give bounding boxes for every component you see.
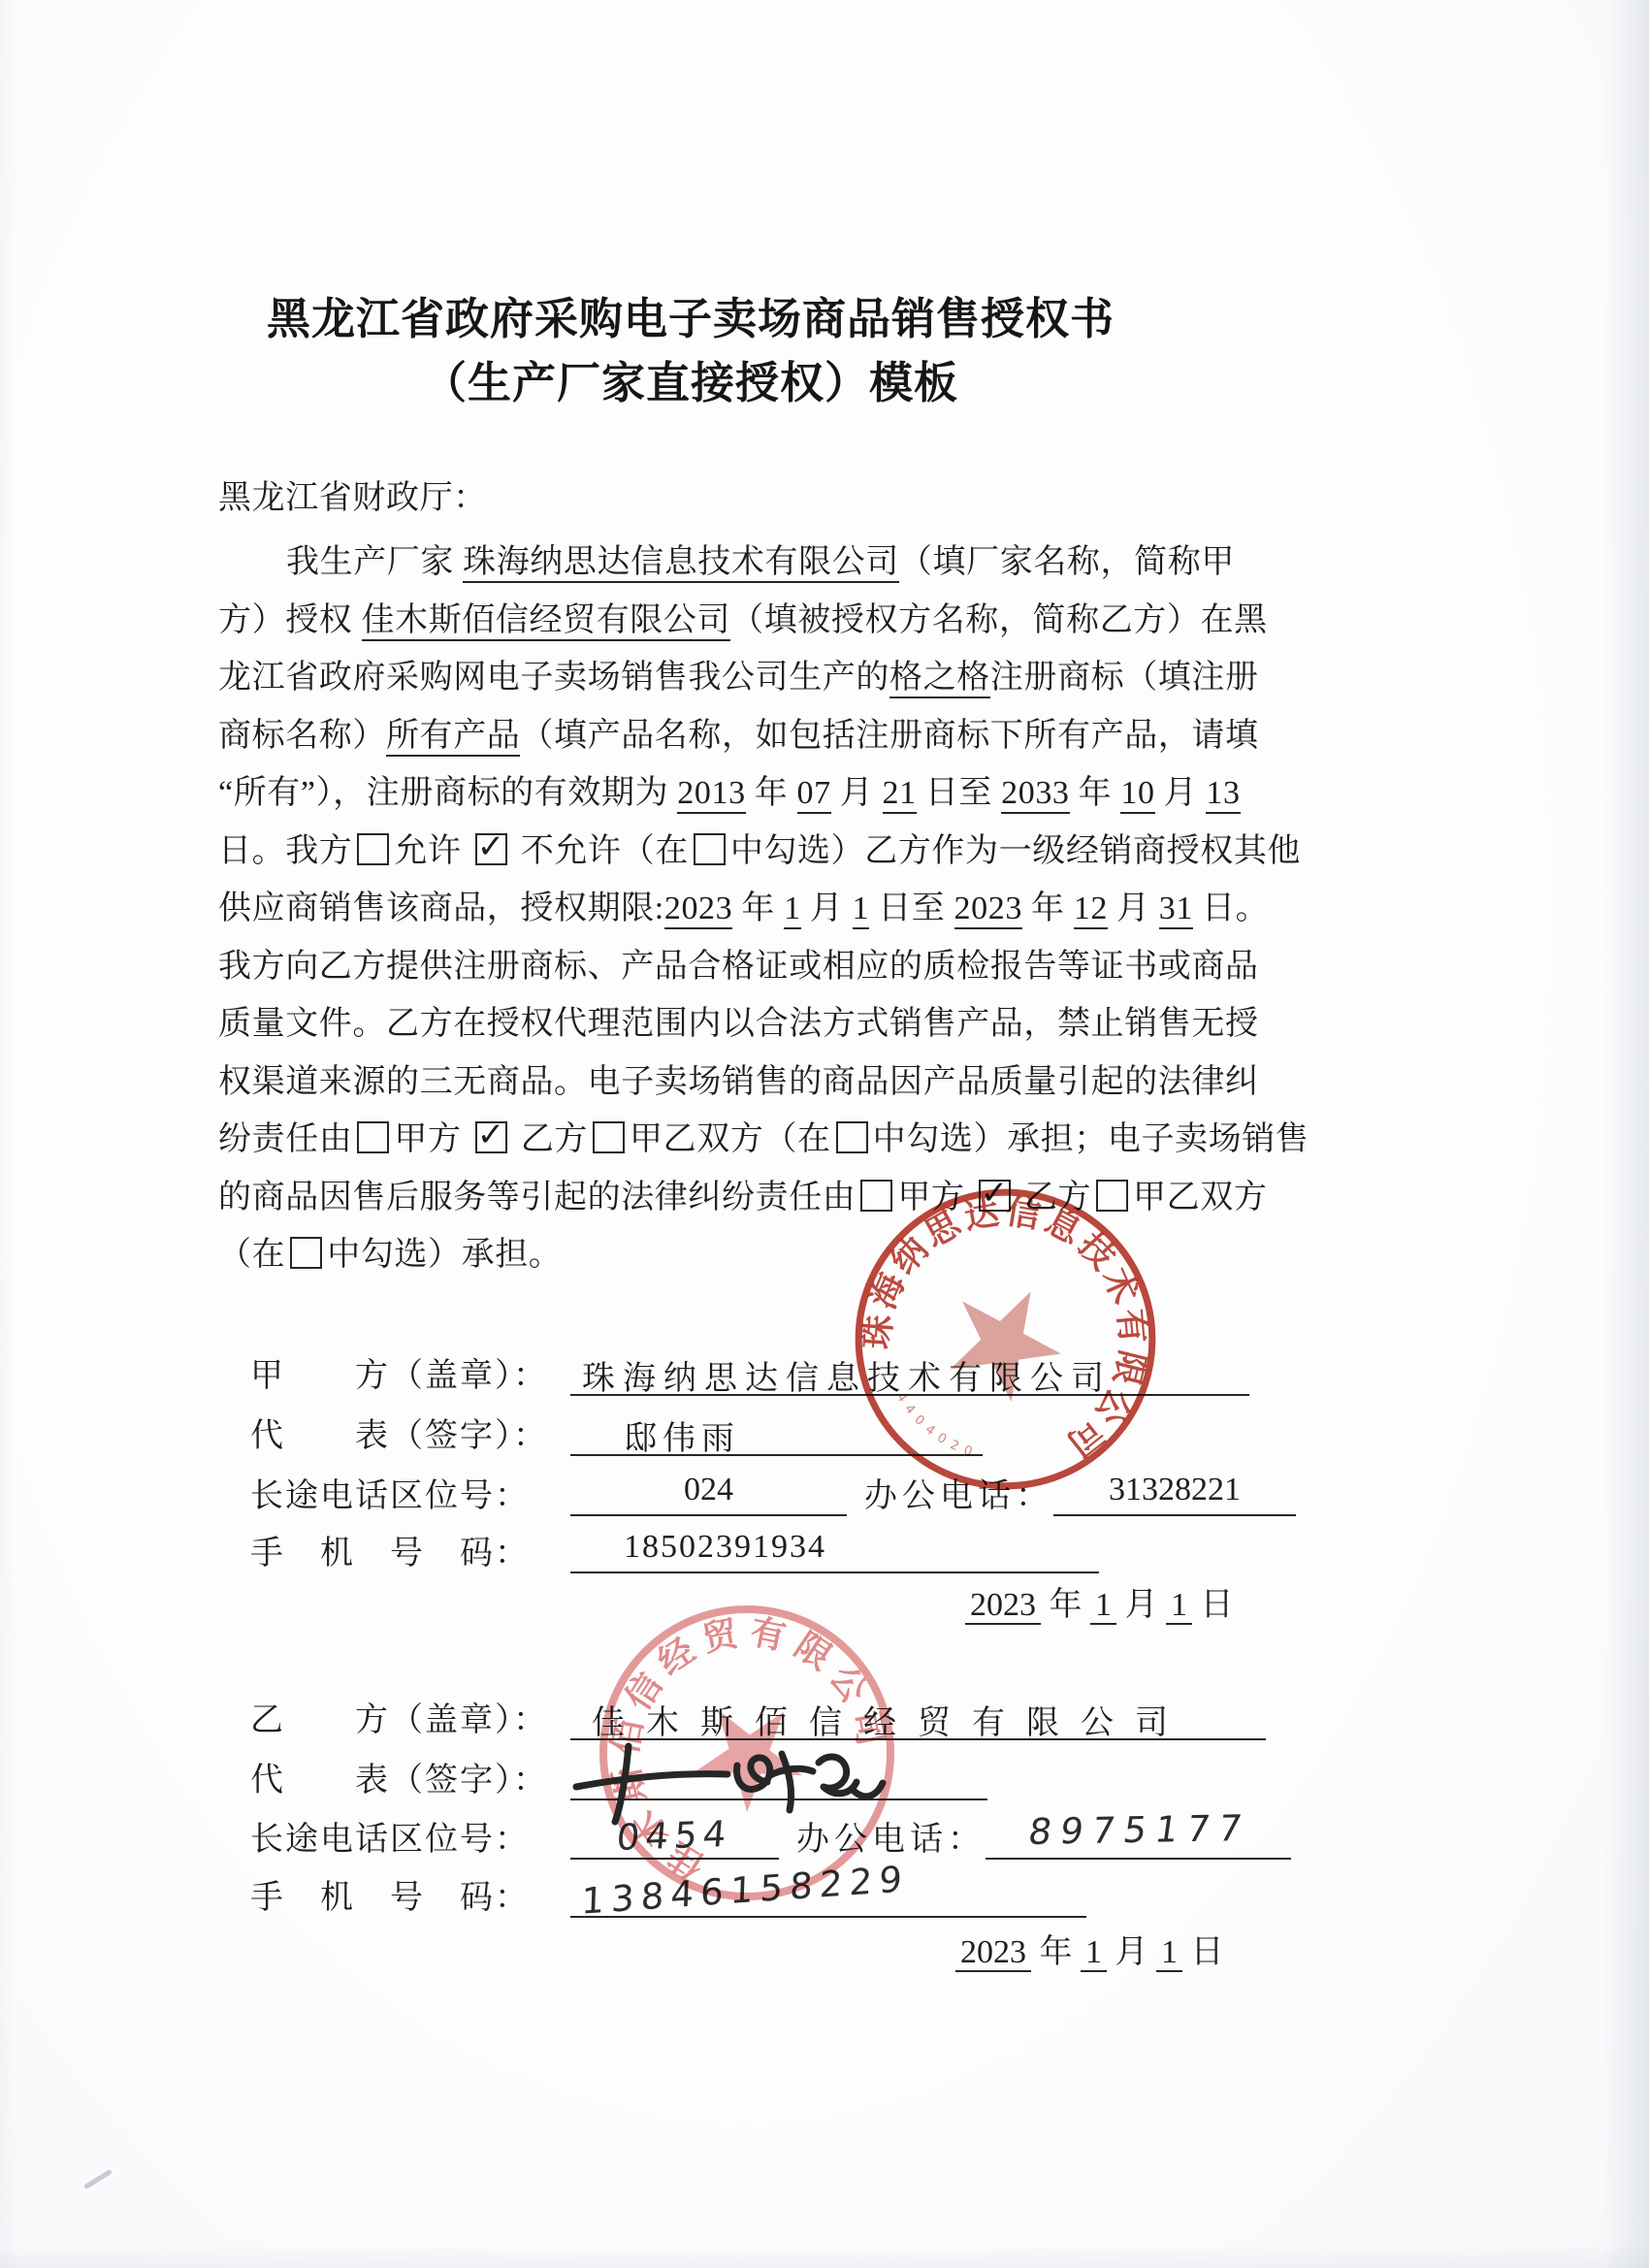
party-a-date-year: 2023: [965, 1587, 1041, 1625]
party-a-date-month: 1: [1090, 1587, 1116, 1625]
paragraph-line: 商标名称）所有产品（填产品名称，如包括注册商标下所有产品，请填: [218, 713, 1295, 760]
paragraph-line: 纷责任由甲方 ✓ 乙方甲乙双方（在中勾选）承担；电子卖场销售: [218, 1117, 1295, 1163]
empty-checkbox: [593, 1121, 625, 1153]
empty-checkbox: [357, 1121, 389, 1153]
representative-signature: [570, 1727, 910, 1838]
underlined-text: 12: [1074, 891, 1108, 929]
paragraph-line: 权渠道来源的三无商品。电子卖场销售的商品因产品质量引起的法律纠: [218, 1059, 1295, 1106]
day-label: 日: [1182, 1934, 1224, 1970]
party-a-company-seal: 珠海纳思达信息技术有限公司 4404020: [842, 1176, 1170, 1504]
party-b-area-code-label: 长途电话区位号：: [250, 1812, 570, 1860]
text-run: 中勾选）承担。: [327, 1237, 562, 1273]
underlined-text: 1: [784, 891, 801, 929]
underlined-text: 13: [1206, 775, 1240, 814]
underlined-text: 佳木斯佰信经贸有限公司: [362, 602, 731, 641]
text-run: 乙方: [512, 1121, 588, 1157]
party-b-office-phone: 8975177: [986, 1815, 1291, 1860]
paragraph-line: “所有”），注册商标的有效期为 2013 年 07 月 21 日至 2033 年…: [218, 770, 1295, 817]
paragraph-line: 质量文件。乙方在授权代理范围内以合法方式销售产品，禁止销售无授: [218, 1001, 1295, 1048]
text-run: 商标名称）: [218, 718, 386, 754]
party-a-mobile-row: 手 机 号 码：18502391934: [250, 1526, 1099, 1573]
text-run: 日至: [917, 775, 1001, 811]
paragraph-line: 我方向乙方提供注册商标、产品合格证或相应的质检报告等证书或商品: [218, 944, 1295, 990]
text-run: 质量文件。乙方在授权代理范围内以合法方式销售产品，禁止销售无授: [218, 1006, 1259, 1042]
underlined-text: 21: [883, 775, 917, 814]
paragraph-line: 方）授权 佳木斯佰信经贸有限公司（填被授权方名称，简称乙方）在黑: [218, 598, 1295, 644]
seal-star: [931, 1265, 1080, 1411]
year-label: 年: [1031, 1934, 1081, 1970]
text-run: 年: [732, 891, 784, 926]
underlined-text: 31: [1159, 891, 1193, 929]
svg-text:4404020: 4404020: [883, 1387, 989, 1466]
checked-checkbox: ✓: [475, 1121, 507, 1153]
text-run: 甲乙双方（在: [630, 1121, 831, 1157]
text-run: （填产品名称，如包括注册商标下所有产品，请填: [520, 718, 1258, 754]
underlined-text: 2023: [664, 891, 732, 929]
party-b-date: 2023 年 1 月 1 日: [955, 1925, 1224, 1972]
day-label: 日: [1192, 1587, 1234, 1623]
text-run: 日。: [1193, 891, 1269, 926]
text-run: （填厂家名称，简称甲: [899, 544, 1235, 580]
text-run: 龙江省政府采购网电子卖场销售我公司生产的: [218, 660, 889, 696]
party-a-date-day: 1: [1166, 1587, 1192, 1625]
handwritten-office-phone: 8975177: [1025, 1807, 1252, 1853]
party-a-mobile-label: 手 机 号 码：: [250, 1526, 570, 1573]
text-run: 月: [1108, 891, 1159, 926]
month-label: 月: [1107, 1934, 1156, 1970]
text-run: 不允许（在: [512, 833, 689, 869]
year-label: 年: [1041, 1587, 1090, 1623]
text-run: 年: [746, 775, 797, 811]
text-run: 我生产厂家: [286, 544, 463, 580]
salutation: 黑龙江省财政厅：: [218, 475, 1295, 522]
party-b-date-year: 2023: [955, 1934, 1031, 1972]
text-run: 日至: [869, 891, 954, 926]
text-run: 中勾选）乙方作为一级经销商授权其他: [730, 833, 1301, 869]
text-run: 我方向乙方提供注册商标、产品合格证或相应的质检报告等证书或商品: [218, 949, 1259, 985]
text-run: 中勾选）承担；电子卖场销售: [873, 1121, 1309, 1157]
scan-artifact: [83, 2169, 113, 2189]
document-title-line-2: （生产厂家直接授权）模板: [0, 347, 1381, 410]
text-run: 的商品因售后服务等引起的法律纠纷责任由: [218, 1180, 856, 1215]
empty-checkbox: [836, 1121, 868, 1153]
underlined-text: 1: [853, 891, 870, 929]
underlined-text: 格之格: [889, 660, 990, 698]
underlined-text: 珠海纳思达信息技术有限公司: [463, 544, 899, 583]
text-run: 方）授权: [218, 602, 362, 638]
underlined-text: 10: [1120, 775, 1154, 814]
empty-checkbox: [694, 833, 726, 865]
text-run: （填被授权方名称，简称乙方）在黑: [730, 602, 1268, 638]
text-run: 允许: [394, 833, 469, 869]
paragraph-line: 我生产厂家 珠海纳思达信息技术有限公司（填厂家名称，简称甲: [218, 539, 1295, 586]
underlined-text: 所有产品: [386, 718, 520, 757]
text-run: 注册商标（填注册: [990, 660, 1259, 696]
empty-checkbox: [290, 1237, 322, 1269]
text-run: 月: [831, 775, 883, 811]
scanned-authorization-letter: 黑龙江省政府采购电子卖场商品销售授权书 （生产厂家直接授权）模板 黑龙江省财政厅…: [0, 0, 1649, 2268]
text-run: （在: [218, 1237, 285, 1273]
text-run: 日。我方: [218, 833, 352, 869]
text-run: 权渠道来源的三无商品。电子卖场销售的商品因产品质量引起的法律纠: [218, 1064, 1259, 1100]
document-title-line-1: 黑龙江省政府采购电子卖场商品销售授权书: [0, 283, 1381, 346]
party-b-rep-label: 代 表（签字）：: [250, 1753, 570, 1800]
party-a-mobile-number: 18502391934: [570, 1529, 1099, 1573]
party-b-mobile-label: 手 机 号 码：: [250, 1870, 570, 1918]
underlined-text: 2033: [1001, 775, 1069, 814]
paragraph-line: 龙江省政府采购网电子卖场销售我公司生产的格之格注册商标（填注册: [218, 655, 1295, 701]
text-run: 纷责任由: [218, 1121, 352, 1157]
empty-checkbox: [357, 833, 389, 865]
text-run: “所有”），注册商标的有效期为: [218, 775, 677, 811]
text-run: 年: [1022, 891, 1074, 926]
text-run: 甲方: [394, 1121, 469, 1157]
paragraph-line: 供应商销售该商品，授权期限:2023 年 1 月 1 日至 2023 年 12 …: [218, 886, 1295, 932]
party-a-date: 2023 年 1 月 1 日: [965, 1577, 1234, 1625]
underlined-text: 2023: [954, 891, 1022, 929]
month-label: 月: [1116, 1587, 1166, 1623]
party-b-date-day: 1: [1156, 1934, 1182, 1972]
text-run: 供应商销售该商品，授权期限:: [218, 891, 664, 926]
checked-checkbox: ✓: [475, 833, 507, 865]
underlined-text: 07: [797, 775, 831, 814]
underlined-text: 2013: [677, 775, 745, 814]
party-a-seal-label: 甲 方（盖章）：: [250, 1348, 570, 1396]
party-b-date-month: 1: [1081, 1934, 1107, 1972]
text-run: 月: [801, 891, 853, 926]
party-a-rep-label: 代 表（签字）：: [250, 1409, 570, 1456]
text-run: 月: [1155, 775, 1207, 811]
party-a-area-code: 024: [570, 1472, 847, 1516]
paragraph-line: 日。我方允许 ✓ 不允许（在中勾选）乙方作为一级经销商授权其他: [218, 828, 1295, 875]
party-a-area-code-label: 长途电话区位号：: [250, 1469, 570, 1516]
party-b-seal-label: 乙 方（盖章）：: [250, 1693, 570, 1740]
text-run: 年: [1070, 775, 1121, 811]
